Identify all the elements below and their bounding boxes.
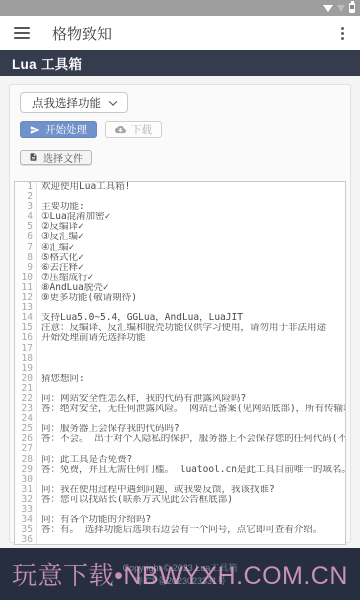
editor-line-text bbox=[37, 384, 41, 394]
editor-line-text: 注意：反编译、反汇编和脱壳功能仅供学习使用，请勿用于非法用途 bbox=[37, 323, 326, 333]
editor-line-text: 问：我在使用过程中遇到问题，或我要反馈，我该找谁? bbox=[37, 485, 275, 495]
content-area: 点我选择功能 开始处理 下载 选择文件 bbox=[0, 76, 360, 548]
editor-line: 33 bbox=[15, 505, 345, 515]
code-editor[interactable]: 1欢迎使用Lua工具箱!23主要功能:4①Lua混淆加密✓5②反编译✓6③反汇编… bbox=[14, 181, 346, 545]
editor-line-text: ②反编译✓ bbox=[37, 222, 84, 232]
editor-line: 1欢迎使用Lua工具箱! bbox=[15, 182, 345, 192]
editor-line-text: 主要功能: bbox=[37, 202, 85, 212]
editor-line-text: 支持Lua5.0~5.4，GGLua，AndLua，LuaJIT bbox=[37, 313, 243, 323]
editor-line: 12⑨更多功能(敬请期待) bbox=[15, 293, 345, 303]
footer: Copyright © 2023 Lua工具箱 粤ICP备2023023331号… bbox=[0, 548, 360, 600]
app-title: 格物致知 bbox=[52, 23, 112, 44]
editor-line: 19 bbox=[15, 364, 345, 374]
download-button-label: 下载 bbox=[131, 122, 152, 137]
tool-card: 点我选择功能 开始处理 下载 选择文件 bbox=[9, 84, 351, 543]
editor-line-text bbox=[37, 414, 41, 424]
choose-file-button[interactable]: 选择文件 bbox=[20, 150, 92, 165]
icp-number: 粤ICP备2023023331号 bbox=[134, 576, 226, 586]
watermark-text: 玩意下载•NBWYXH.COM.CN bbox=[0, 556, 360, 592]
editor-line: 5②反编译✓ bbox=[15, 222, 345, 232]
editor-line-text: ⑦压缩成行✓ bbox=[37, 273, 93, 283]
editor-line: 7④汇编✓ bbox=[15, 243, 345, 253]
editor-line-text bbox=[37, 344, 41, 354]
editor-line-number: 6 bbox=[15, 232, 37, 242]
editor-line: 11⑧AndLua脱壳✓ bbox=[15, 283, 345, 293]
send-icon bbox=[30, 125, 40, 135]
editor-lines: 1欢迎使用Lua工具箱!23主要功能:4①Lua混淆加密✓5②反编译✓6③反汇编… bbox=[15, 182, 345, 545]
editor-line: 22问：网站安全性怎么样，我的代码有泄露风险吗? bbox=[15, 394, 345, 404]
editor-line: 16开始处理前请先选择功能 bbox=[15, 333, 345, 343]
editor-line: 23答：绝对安全，无任何泄露风险。 网站已备案(见网站底部)，所有传输均采用ht… bbox=[15, 404, 345, 414]
editor-line: 3主要功能: bbox=[15, 202, 345, 212]
file-button-row: 选择文件 bbox=[20, 149, 340, 167]
editor-line: 6③反汇编✓ bbox=[15, 232, 345, 242]
editor-line: 36 bbox=[15, 535, 345, 545]
select-function-dropdown[interactable]: 点我选择功能 bbox=[20, 92, 128, 113]
editor-line-number: 36 bbox=[15, 535, 37, 545]
select-function-label: 点我选择功能 bbox=[32, 95, 101, 111]
editor-line-text: ⑤格式化✓ bbox=[37, 253, 84, 263]
editor-line: 34问：有各个功能的介绍吗? bbox=[15, 515, 345, 525]
battery-icon bbox=[349, 3, 355, 13]
editor-line: 20猜您想问: bbox=[15, 374, 345, 384]
editor-line-number: 8 bbox=[15, 253, 37, 263]
editor-line-text: 答：绝对安全，无任何泄露风险。 网站已备案(见网站底部)，所有传输均采用http bbox=[37, 404, 345, 414]
choose-file-label: 选择文件 bbox=[43, 150, 83, 165]
cloud-download-icon bbox=[115, 124, 126, 135]
editor-line-text bbox=[37, 475, 41, 485]
action-button-row: 开始处理 下载 bbox=[20, 121, 340, 138]
editor-line: 24 bbox=[15, 414, 345, 424]
copyright-text: Copyright © 2023 Lua工具箱 bbox=[123, 563, 238, 573]
editor-line: 30 bbox=[15, 475, 345, 485]
editor-line-number: 2 bbox=[15, 192, 37, 202]
editor-line-text: ⑧AndLua脱壳✓ bbox=[37, 283, 109, 293]
editor-line: 35答：有。 选择功能后选项右边会有一个问号，点它即可查看介绍。 bbox=[15, 525, 345, 535]
editor-line-text: ⑥去注释✓ bbox=[37, 263, 84, 273]
editor-line: 4①Lua混淆加密✓ bbox=[15, 212, 345, 222]
file-icon bbox=[29, 152, 38, 162]
editor-line-text: 答：您可以找站长(联系方式见此公告框底部) bbox=[37, 495, 233, 505]
editor-line-number: 7 bbox=[15, 243, 37, 253]
editor-line-number: 5 bbox=[15, 222, 37, 232]
editor-line-number: 4 bbox=[15, 212, 37, 222]
editor-line-number: 16 bbox=[15, 333, 37, 343]
chevron-down-icon bbox=[109, 97, 117, 105]
editor-line-text bbox=[37, 192, 41, 202]
overflow-menu-icon[interactable] bbox=[339, 25, 346, 42]
editor-line: 8⑤格式化✓ bbox=[15, 253, 345, 263]
menu-icon[interactable] bbox=[14, 27, 30, 39]
editor-line-text: ④汇编✓ bbox=[37, 243, 74, 253]
editor-line: 15注意：反编译、反汇编和脱壳功能仅供学习使用，请勿用于非法用途 bbox=[15, 323, 345, 333]
editor-line-text: ①Lua混淆加密✓ bbox=[37, 212, 110, 222]
editor-line: 29答：免费，并且无需任何门槛。 luatool.cn是此工具目前唯一的域名。 bbox=[15, 465, 345, 475]
signal-icon bbox=[337, 5, 345, 12]
editor-line: 27 bbox=[15, 444, 345, 454]
editor-line-text: 开始处理前请先选择功能 bbox=[37, 333, 146, 343]
page-title: Lua 工具箱 bbox=[0, 50, 360, 76]
editor-line-text: 答：不会。 出于对个人隐私的保护，服务器上不会保存您的任何代码(不经您允许保 bbox=[37, 434, 345, 444]
editor-line: 2 bbox=[15, 192, 345, 202]
editor-line: 13 bbox=[15, 303, 345, 313]
editor-line: 10⑦压缩成行✓ bbox=[15, 273, 345, 283]
process-button[interactable]: 开始处理 bbox=[20, 121, 97, 138]
editor-line-text: ③反汇编✓ bbox=[37, 232, 84, 242]
editor-line: 31问：我在使用过程中遇到问题，或我要反馈，我该找谁? bbox=[15, 485, 345, 495]
editor-line: 21 bbox=[15, 384, 345, 394]
app-bar: 格物致知 bbox=[0, 16, 360, 50]
editor-line-text: ⑨更多功能(敬请期待) bbox=[37, 293, 137, 303]
editor-line: 28问：此工具是否免费? bbox=[15, 455, 345, 465]
editor-line-text: 问：有各个功能的介绍吗? bbox=[37, 515, 151, 525]
editor-line-text: 猜您想问: bbox=[37, 374, 85, 384]
editor-line-text bbox=[37, 505, 41, 515]
editor-line-text: 欢迎使用Lua工具箱! bbox=[37, 182, 130, 192]
editor-line: 17 bbox=[15, 344, 345, 354]
status-bar bbox=[0, 0, 360, 16]
editor-line-text: 答：有。 选择功能后选项右边会有一个问号，点它即可查看介绍。 bbox=[37, 525, 322, 535]
process-button-label: 开始处理 bbox=[45, 122, 87, 137]
editor-line: 9⑥去注释✓ bbox=[15, 263, 345, 273]
editor-line-text: 答：免费，并且无需任何门槛。 luatool.cn是此工具目前唯一的域名。 bbox=[37, 465, 345, 475]
wifi-icon bbox=[323, 5, 333, 12]
editor-line-number: 3 bbox=[15, 202, 37, 212]
editor-line-text: 问：服务器上会保存我的代码吗? bbox=[37, 424, 180, 434]
editor-line-number: 1 bbox=[15, 182, 37, 192]
editor-line-text: 问：此工具是否免费? bbox=[37, 455, 132, 465]
editor-line-text bbox=[37, 444, 41, 454]
editor-line-text bbox=[37, 303, 41, 313]
editor-line-text bbox=[37, 364, 41, 374]
editor-line-text bbox=[37, 535, 41, 545]
editor-line-text: 问：网站安全性怎么样，我的代码有泄露风险吗? bbox=[37, 394, 246, 404]
editor-line: 18 bbox=[15, 354, 345, 364]
editor-line: 25问：服务器上会保存我的代码吗? bbox=[15, 424, 345, 434]
editor-line: 32答：您可以找站长(联系方式见此公告框底部) bbox=[15, 495, 345, 505]
editor-line: 26答：不会。 出于对个人隐私的保护，服务器上不会保存您的任何代码(不经您允许保 bbox=[15, 434, 345, 444]
download-button[interactable]: 下载 bbox=[105, 121, 162, 138]
editor-line: 14支持Lua5.0~5.4，GGLua，AndLua，LuaJIT bbox=[15, 313, 345, 323]
editor-line-text bbox=[37, 354, 41, 364]
